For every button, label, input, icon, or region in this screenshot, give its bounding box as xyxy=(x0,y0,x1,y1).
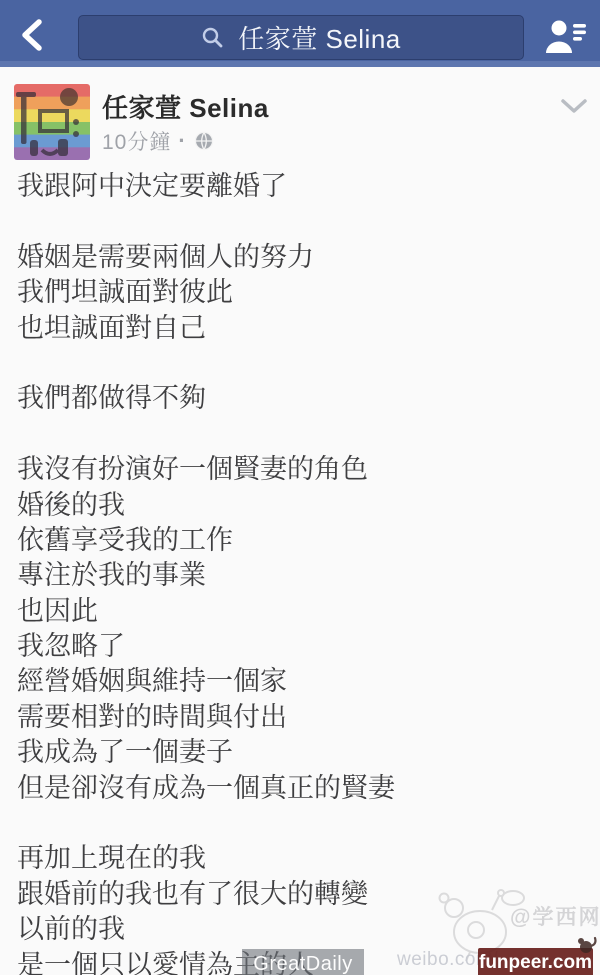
meta-separator: · xyxy=(178,128,186,154)
post-line: 我們都做得不夠 xyxy=(17,381,594,416)
rainbow-avatar-image xyxy=(14,84,90,160)
post-line: 我跟阿中決定要離婚了 xyxy=(17,169,594,204)
post-line xyxy=(17,346,594,381)
funpeer-watermark-text: funpeer.com xyxy=(479,952,592,974)
post-line xyxy=(17,806,594,841)
post-line xyxy=(17,417,594,452)
search-icon xyxy=(201,26,224,49)
post-line: 也坦誠面對自己 xyxy=(17,311,594,346)
friend-requests-button[interactable] xyxy=(544,17,588,57)
post-line: 再加上現在的我 xyxy=(17,841,594,876)
post-line: 專注於我的事業 xyxy=(17,558,594,593)
post-meta: 10分鐘 · xyxy=(102,126,214,156)
back-button[interactable] xyxy=(18,18,48,52)
post-line: 依舊享受我的工作 xyxy=(17,523,594,558)
navbar: 任家萱 Selina xyxy=(0,0,600,67)
post-line: 婚姻是需要兩個人的努力 xyxy=(17,240,594,275)
post-line: 經營婚姻與維持一個家 xyxy=(17,664,594,699)
greatdaily-watermark: GreatDaily xyxy=(242,949,364,975)
avatar[interactable] xyxy=(14,84,90,160)
post-menu-button[interactable] xyxy=(560,98,588,114)
post-line: 我沒有扮演好一個賢妻的角色 xyxy=(17,452,594,487)
globe-privacy-icon xyxy=(194,131,214,151)
post-line: 婚後的我 xyxy=(17,488,594,523)
post-line: 也因此 xyxy=(17,594,594,629)
faint-credit-watermark: @学西网 xyxy=(510,901,600,931)
chevron-left-icon xyxy=(18,18,48,52)
post-author-name[interactable]: 任家萱 Selina xyxy=(102,88,269,125)
post-line: 我成為了一個妻子 xyxy=(17,735,594,770)
post-timestamp[interactable]: 10分鐘 xyxy=(102,126,171,156)
chevron-down-icon xyxy=(560,98,588,114)
post-line: 需要相對的時間與付出 xyxy=(17,700,594,735)
post-line: 但是卻沒有成為一個真正的賢妻 xyxy=(17,771,594,806)
person-list-icon xyxy=(544,17,588,57)
post-line: 我忽略了 xyxy=(17,629,594,664)
post-line xyxy=(17,204,594,239)
search-input[interactable]: 任家萱 Selina xyxy=(78,15,524,60)
search-query-text: 任家萱 Selina xyxy=(238,19,401,56)
funpeer-watermark: funpeer.com xyxy=(478,948,593,975)
post-line: 我們坦誠面對彼此 xyxy=(17,275,594,310)
funpeer-mascot-icon xyxy=(577,935,597,961)
post-body: 我跟阿中決定要離婚了婚姻是需要兩個人的努力我們坦誠面對彼此也坦誠面對自己我們都做… xyxy=(17,169,594,975)
facebook-post-screen: 任家萱 Selina xyxy=(0,0,600,975)
